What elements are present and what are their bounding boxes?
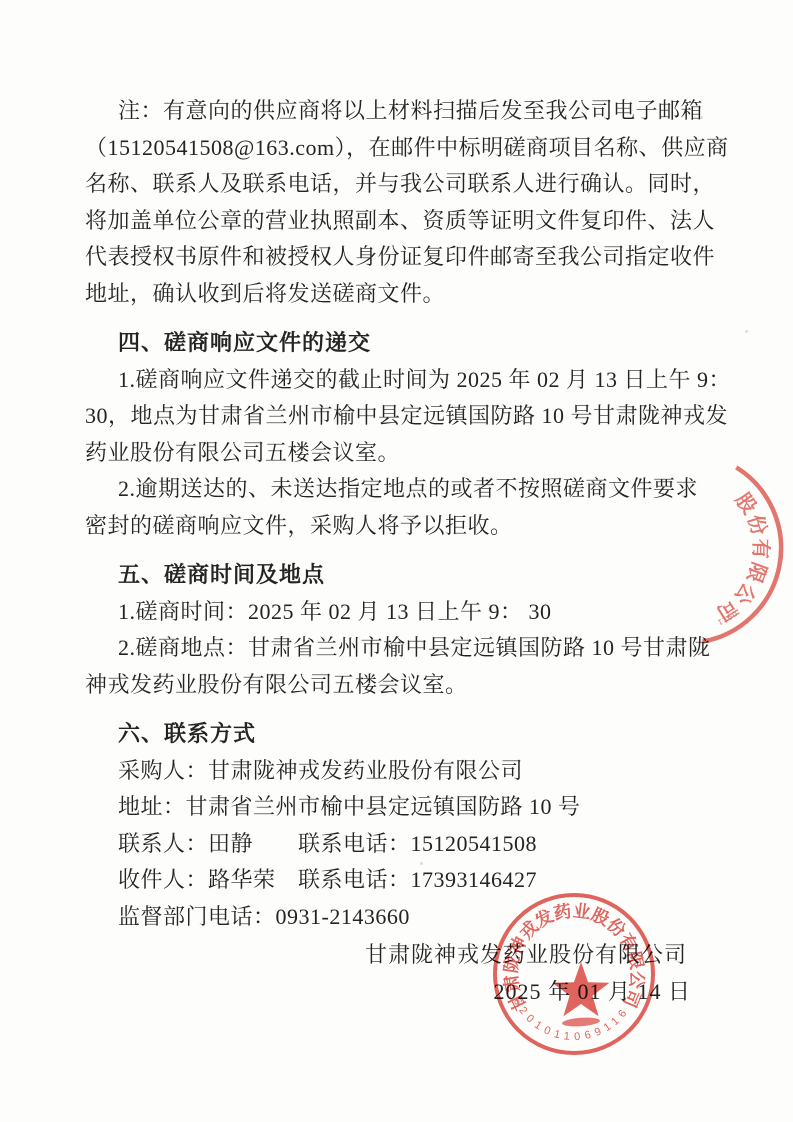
text-line: 采购人：甘肃陇神戎发药业股份有限公司 xyxy=(85,753,707,790)
text-line: 神戎发药业股份有限公司五楼会议室。 xyxy=(85,667,707,704)
text-line: 联系人：田静 联系电话：15120541508 xyxy=(85,826,707,863)
section-four-heading: 四、磋商响应文件的递交 xyxy=(85,325,707,362)
section-five-body: 1.磋商时间：2025 年 02 月 13 日上午 9： 302.磋商地点：甘肃… xyxy=(85,594,707,704)
section-five-heading: 五、磋商时间及地点 xyxy=(85,557,707,594)
signature-block: 甘肃陇神戎发药业股份有限公司 2025 年 01 月 14 日 xyxy=(85,937,707,1010)
text-line: （15120541508@163.com），在邮件中标明磋商项目名称、供应商 xyxy=(85,130,707,167)
text-line: 地址：甘肃省兰州市榆中县定远镇国防路 10 号 xyxy=(85,789,707,826)
partial-seal-serial-fragment: 0911 xyxy=(715,609,738,628)
scanned-document-page: 注：有意向的供应商将以上材料扫描后发至我公司电子邮箱（15120541508@1… xyxy=(0,0,793,1122)
text-line: 30，地点为甘肃省兰州市榆中县定远镇国防路 10 号甘肃陇神戎发 xyxy=(85,398,707,435)
text-line: 代表授权书原件和被授权人身份证复印件邮寄至我公司指定收件 xyxy=(85,239,707,276)
partial-seal-arc-text: 股份有限公司 xyxy=(711,489,773,627)
text-line: 药业股份有限公司五楼会议室。 xyxy=(85,435,707,472)
section-four-body: 1.磋商响应文件递交的截止时间为 2025 年 02 月 13 日上午 9：30… xyxy=(85,362,707,545)
scan-speck xyxy=(745,330,748,333)
note-paragraph: 注：有意向的供应商将以上材料扫描后发至我公司电子邮箱（15120541508@1… xyxy=(85,93,707,312)
text-line: 2.磋商地点：甘肃省兰州市榆中县定远镇国防路 10 号甘肃陇 xyxy=(85,630,707,667)
signature-company-name: 甘肃陇神戎发药业股份有限公司 xyxy=(85,937,707,974)
section-six-body: 采购人：甘肃陇神戎发药业股份有限公司地址：甘肃省兰州市榆中县定远镇国防路 10 … xyxy=(85,753,707,936)
text-line: 收件人：路华荣 联系电话：17393146427 xyxy=(85,862,707,899)
text-line: 密封的磋商响应文件，采购人将予以拒收。 xyxy=(85,508,707,545)
text-line: 注：有意向的供应商将以上材料扫描后发至我公司电子邮箱 xyxy=(85,93,707,130)
text-line: 2.逾期送达的、未送达指定地点的或者不按照磋商文件要求 xyxy=(85,471,707,508)
text-line: 1.磋商时间：2025 年 02 月 13 日上午 9： 30 xyxy=(85,594,707,631)
text-line: 将加盖单位公章的营业执照副本、资质等证明文件复印件、法人 xyxy=(85,203,707,240)
text-line: 名称、联系人及联系电话，并与我公司联系人进行确认。同时， xyxy=(85,166,707,203)
scan-speck xyxy=(420,862,423,865)
text-line: 1.磋商响应文件递交的截止时间为 2025 年 02 月 13 日上午 9： xyxy=(85,362,707,399)
section-six-heading: 六、联系方式 xyxy=(85,716,707,753)
text-line: 监督部门电话：0931-2143660 xyxy=(85,899,707,936)
seal-smudge xyxy=(562,1016,600,1027)
scan-speck xyxy=(700,116,703,119)
text-line: 地址，确认收到后将发送磋商文件。 xyxy=(85,276,707,313)
partial-seal-ring-arc xyxy=(703,467,782,641)
scan-speck xyxy=(558,141,561,144)
signature-date: 2025 年 01 月 14 日 xyxy=(85,974,707,1011)
document-body: 注：有意向的供应商将以上材料扫描后发至我公司电子邮箱（15120541508@1… xyxy=(85,0,707,1010)
